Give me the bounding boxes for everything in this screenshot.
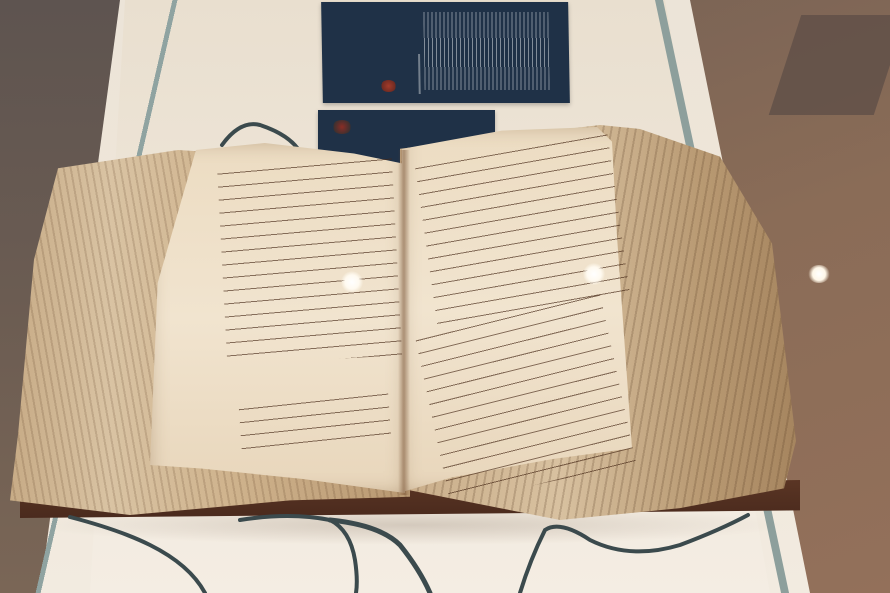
museum-display-photo: ...ti del Mare — [0, 0, 890, 593]
book-straps-bottom — [0, 0, 890, 593]
